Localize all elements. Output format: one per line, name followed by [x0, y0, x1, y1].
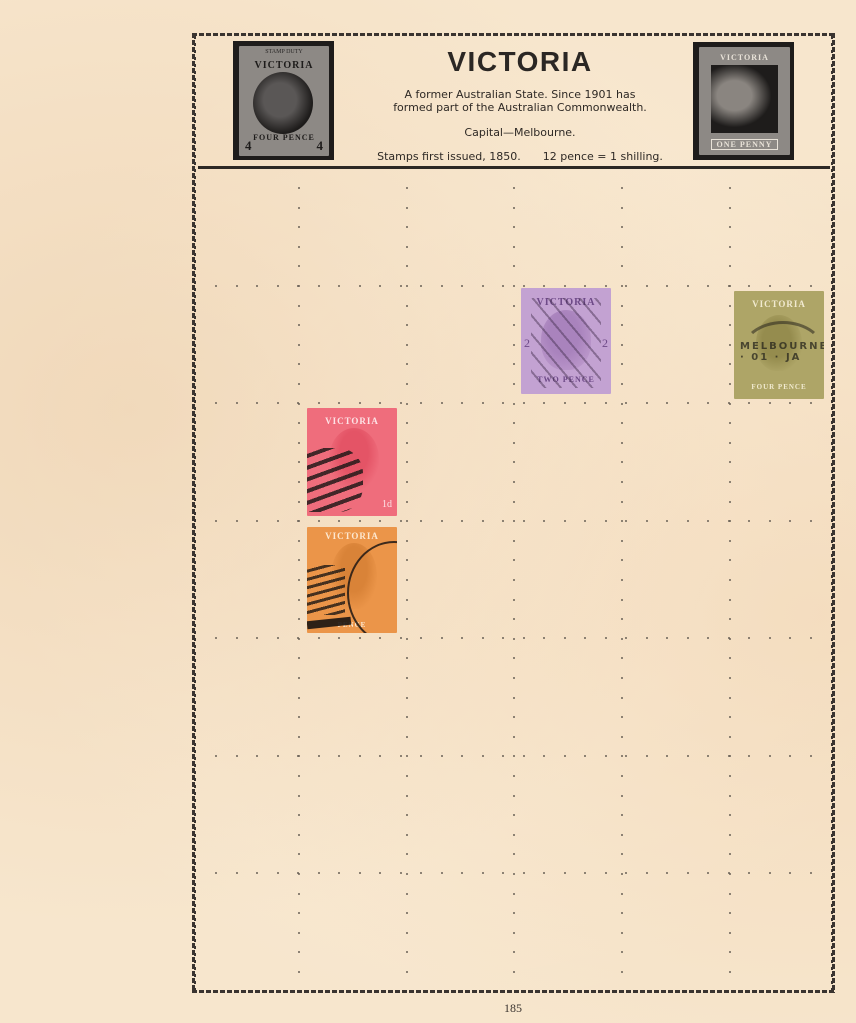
grid-dot — [277, 637, 279, 639]
grid-dot — [729, 481, 731, 483]
grid-dot — [729, 187, 731, 189]
grid-dot — [420, 755, 422, 757]
grid-dot — [215, 520, 217, 522]
corner-value-right: 4 — [317, 138, 324, 154]
illustration-one-penny: VICTORIA ONE PENNY — [699, 47, 790, 155]
grid-dot — [406, 246, 408, 248]
grid-dot — [564, 402, 566, 404]
grid-dot — [298, 775, 300, 777]
grid-dot — [513, 657, 515, 659]
grid-dot — [513, 814, 515, 816]
grid-dot — [621, 951, 623, 953]
grid-dot — [513, 579, 515, 581]
first-issued-text: Stamps first issued, 1850. — [377, 150, 521, 163]
grid-dot — [441, 755, 443, 757]
grid-dot — [810, 872, 812, 874]
grid-dot — [646, 872, 648, 874]
grid-dot — [729, 599, 731, 601]
grid-dot — [461, 872, 463, 874]
grid-dot — [406, 657, 408, 659]
grid-dot — [277, 755, 279, 757]
stamp-value-text: ONE PENNY — [711, 139, 778, 150]
grid-dot — [729, 559, 731, 561]
postmark-text: MELBOURNE · 01 · JA — [740, 341, 824, 363]
grid-dot — [482, 637, 484, 639]
grid-dot — [406, 226, 408, 228]
grid-dot — [441, 402, 443, 404]
header-divider — [198, 166, 830, 169]
grid-dot — [441, 872, 443, 874]
grid-dot — [420, 402, 422, 404]
grid-dot — [513, 951, 515, 953]
grid-dot — [318, 637, 320, 639]
grid-dot — [277, 402, 279, 404]
grid-dot — [543, 755, 545, 757]
grid-dot — [406, 834, 408, 836]
grid-dot — [379, 755, 381, 757]
grid-dot — [298, 363, 300, 365]
stamp-four-pence-olive[interactable]: VICTORIA FOUR PENCE MELBOURNE · 01 · JA — [731, 288, 827, 402]
grid-dot — [729, 912, 731, 914]
grid-dot — [666, 285, 668, 287]
grid-dot — [298, 618, 300, 620]
grid-dot — [406, 736, 408, 738]
grid-dot — [729, 951, 731, 953]
grid-dot — [621, 697, 623, 699]
grid-dot — [236, 285, 238, 287]
grid-dot — [621, 638, 623, 640]
grid-dot — [621, 187, 623, 189]
grid-dot — [728, 755, 730, 757]
grid-dot — [359, 520, 361, 522]
grid-dot — [298, 677, 300, 679]
grid-dot — [728, 285, 730, 287]
issue-info: Stamps first issued, 1850. 12 pence = 1 … — [360, 150, 680, 163]
grid-dot — [605, 872, 607, 874]
grid-dot — [236, 637, 238, 639]
grid-dot — [400, 755, 402, 757]
grid-dot — [513, 226, 515, 228]
grid-dot — [513, 697, 515, 699]
grid-dot — [621, 775, 623, 777]
grid-dot — [789, 402, 791, 404]
grid-dot — [584, 520, 586, 522]
grid-dot — [729, 618, 731, 620]
page-number: 185 — [0, 1001, 856, 1016]
grid-dot — [502, 285, 504, 287]
grid-dot — [513, 246, 515, 248]
stamp-country-text: VICTORIA — [734, 299, 824, 309]
grid-dot — [406, 285, 408, 287]
grid-dot — [318, 285, 320, 287]
grid-dot — [513, 638, 515, 640]
grid-dot — [584, 872, 586, 874]
grid-dot — [406, 618, 408, 620]
grid-dot — [513, 422, 515, 424]
grid-dot — [769, 637, 771, 639]
grid-dot — [406, 520, 408, 522]
grid-dot — [621, 422, 623, 424]
grid-dot — [621, 246, 623, 248]
grid-dot — [379, 520, 381, 522]
grid-dot — [406, 403, 408, 405]
grid-dot — [298, 814, 300, 816]
grid-dot — [729, 461, 731, 463]
grid-dot — [789, 637, 791, 639]
stamp-one-penny-red[interactable]: VICTORIA 1d — [304, 405, 400, 519]
grid-dot — [523, 637, 525, 639]
grid-dot — [513, 873, 515, 875]
grid-dot — [646, 402, 648, 404]
grid-dot — [729, 442, 731, 444]
grid-dot — [621, 520, 623, 522]
grid-dot — [441, 637, 443, 639]
page-header: VICTORIA A former Australian State. Sinc… — [360, 44, 680, 163]
grid-dot — [420, 637, 422, 639]
grid-dot — [502, 402, 504, 404]
grid-dot — [338, 637, 340, 639]
grid-dot — [359, 872, 361, 874]
grid-dot — [298, 481, 300, 483]
grid-dot — [748, 872, 750, 874]
grid-dot — [729, 853, 731, 855]
grid-dot — [236, 872, 238, 874]
grid-dot — [406, 755, 408, 757]
grid-dot — [298, 422, 300, 424]
grid-dot — [810, 285, 812, 287]
grid-dot — [256, 755, 258, 757]
grid-dot — [298, 265, 300, 267]
grid-dot — [748, 285, 750, 287]
grid-dot — [298, 305, 300, 307]
grid-dot — [298, 893, 300, 895]
grid-dot — [543, 520, 545, 522]
grid-dot — [523, 402, 525, 404]
grid-dot — [298, 697, 300, 699]
grid-dot — [318, 755, 320, 757]
grid-dot — [441, 520, 443, 522]
grid-dot — [513, 932, 515, 934]
grid-dot — [461, 285, 463, 287]
grid-dot — [379, 402, 381, 404]
grid-dot — [406, 305, 408, 307]
grid-dot — [236, 402, 238, 404]
grid-dot — [461, 402, 463, 404]
grid-dot — [729, 893, 731, 895]
grid-dot — [810, 520, 812, 522]
grid-dot — [729, 246, 731, 248]
grid-dot — [729, 971, 731, 973]
grid-dot — [584, 402, 586, 404]
grid-dot — [298, 383, 300, 385]
grid-dot — [621, 207, 623, 209]
grid-dot — [621, 226, 623, 228]
grid-dot — [564, 755, 566, 757]
grid-dot — [646, 755, 648, 757]
grid-dot — [513, 501, 515, 503]
grid-dot — [513, 481, 515, 483]
grid-dot — [513, 305, 515, 307]
grid-dot — [406, 540, 408, 542]
grid-dot — [406, 873, 408, 875]
grid-dot — [621, 344, 623, 346]
border-top — [192, 33, 835, 36]
grid-dot — [513, 344, 515, 346]
capital-text: Capital—Melbourne. — [360, 126, 680, 139]
grid-dot — [298, 579, 300, 581]
grid-dot — [236, 520, 238, 522]
grid-dot — [621, 795, 623, 797]
grid-dot — [729, 697, 731, 699]
grid-dot — [810, 637, 812, 639]
grid-dot — [297, 520, 299, 522]
grid-dot — [687, 285, 689, 287]
grid-dot — [406, 344, 408, 346]
grid-dot — [513, 363, 515, 365]
grid-dot — [729, 932, 731, 934]
grid-dot — [621, 814, 623, 816]
stamp-value-text: FOUR PENCE — [239, 133, 329, 142]
grid-dot — [406, 383, 408, 385]
grid-dot — [406, 795, 408, 797]
grid-dot — [298, 226, 300, 228]
grid-dot — [298, 344, 300, 346]
grid-dot — [256, 520, 258, 522]
grid-dot — [729, 775, 731, 777]
grid-dot — [298, 716, 300, 718]
grid-dot — [298, 461, 300, 463]
grid-dot — [729, 736, 731, 738]
stamp-two-pence-mauve[interactable]: VICTORIA 2 2 TWO PENCE — [518, 285, 614, 397]
stamp-country-text: VICTORIA — [239, 60, 329, 71]
grid-dot — [769, 285, 771, 287]
grid-dot — [625, 637, 627, 639]
grid-dot — [513, 716, 515, 718]
grid-dot — [621, 540, 623, 542]
grid-dot — [298, 442, 300, 444]
grid-dot — [625, 520, 627, 522]
grid-dot — [729, 834, 731, 836]
grid-dot — [605, 520, 607, 522]
grid-dot — [789, 285, 791, 287]
grid-dot — [298, 853, 300, 855]
grid-dot — [666, 637, 668, 639]
grid-dot — [338, 402, 340, 404]
grid-dot — [482, 755, 484, 757]
postmark-cancel-icon — [307, 448, 363, 512]
grid-dot — [646, 520, 648, 522]
grid-dot — [621, 501, 623, 503]
postmark-bars-icon — [307, 565, 345, 615]
grid-dot — [400, 872, 402, 874]
grid-dot — [298, 599, 300, 601]
grid-dot — [406, 207, 408, 209]
grid-dot — [420, 285, 422, 287]
grid-dot — [513, 893, 515, 895]
grid-dot — [513, 795, 515, 797]
grid-dot — [513, 971, 515, 973]
grid-dot — [406, 461, 408, 463]
grid-dot — [621, 716, 623, 718]
grid-dot — [359, 755, 361, 757]
grid-dot — [729, 226, 731, 228]
grid-dot — [338, 755, 340, 757]
stamp-country-text: VICTORIA — [307, 531, 397, 541]
grid-dot — [298, 834, 300, 836]
grid-dot — [298, 795, 300, 797]
grid-dot — [513, 285, 515, 287]
illustration-stamp-duty-fourpence: STAMP DUTY VICTORIA FOUR PENCE 4 4 — [239, 46, 329, 156]
grid-dot — [298, 657, 300, 659]
grid-dot — [666, 755, 668, 757]
grid-dot — [564, 872, 566, 874]
grid-dot — [621, 285, 623, 287]
grid-dot — [621, 657, 623, 659]
grid-dot — [400, 637, 402, 639]
grid-dot — [513, 540, 515, 542]
grid-dot — [564, 520, 566, 522]
grid-dot — [298, 559, 300, 561]
grid-dot — [769, 872, 771, 874]
grid-dot — [406, 893, 408, 895]
grid-dot — [769, 520, 771, 522]
grid-dot — [298, 246, 300, 248]
grid-dot — [236, 755, 238, 757]
grid-dot — [461, 637, 463, 639]
grid-dot — [318, 520, 320, 522]
grid-dot — [513, 618, 515, 620]
grid-dot — [406, 697, 408, 699]
corner-value-left: 4 — [245, 138, 252, 154]
grid-dot — [729, 265, 731, 267]
grid-dot — [605, 755, 607, 757]
grid-dot — [621, 912, 623, 914]
description-line-1: A former Australian State. Since 1901 ha… — [360, 88, 680, 101]
grid-dot — [513, 677, 515, 679]
grid-dot — [621, 559, 623, 561]
grid-dot — [728, 637, 730, 639]
grid-dot — [400, 285, 402, 287]
grid-dot — [707, 637, 709, 639]
grid-dot — [789, 755, 791, 757]
grid-dot — [513, 403, 515, 405]
grid-dot — [277, 872, 279, 874]
grid-dot — [215, 637, 217, 639]
grid-dot — [621, 461, 623, 463]
stamp-top-text: STAMP DUTY — [239, 49, 329, 55]
grid-dot — [687, 520, 689, 522]
grid-dot — [359, 285, 361, 287]
grid-dot — [338, 520, 340, 522]
grid-dot — [406, 579, 408, 581]
grid-dot — [406, 363, 408, 365]
grid-dot — [318, 402, 320, 404]
grid-dot — [584, 755, 586, 757]
grid-dot — [406, 599, 408, 601]
grid-dot — [513, 912, 515, 914]
grid-dot — [646, 285, 648, 287]
grid-dot — [513, 775, 515, 777]
grid-dot — [297, 637, 299, 639]
queen-portrait-icon — [711, 65, 778, 133]
grid-dot — [513, 853, 515, 855]
grid-dot — [728, 402, 730, 404]
grid-dot — [297, 402, 299, 404]
grid-dot — [406, 559, 408, 561]
grid-dot — [513, 599, 515, 601]
grid-dot — [666, 872, 668, 874]
grid-dot — [621, 932, 623, 934]
grid-dot — [729, 795, 731, 797]
grid-dot — [707, 520, 709, 522]
grid-dot — [406, 187, 408, 189]
grid-dot — [482, 520, 484, 522]
grid-dot — [729, 657, 731, 659]
grid-dot — [420, 520, 422, 522]
grid-dot — [728, 520, 730, 522]
grid-dot — [707, 872, 709, 874]
grid-dot — [406, 442, 408, 444]
grid-dot — [543, 402, 545, 404]
grid-dot — [359, 402, 361, 404]
grid-dot — [621, 383, 623, 385]
grid-dot — [420, 872, 422, 874]
grid-dot — [379, 285, 381, 287]
grid-dot — [406, 481, 408, 483]
grid-dot — [769, 755, 771, 757]
grid-dot — [621, 618, 623, 620]
grid-dot — [298, 207, 300, 209]
border-bottom — [192, 990, 835, 993]
grid-dot — [513, 461, 515, 463]
grid-dot — [729, 501, 731, 503]
country-title: VICTORIA — [360, 44, 680, 80]
grid-dot — [406, 775, 408, 777]
grid-dot — [298, 971, 300, 973]
grid-dot — [810, 402, 812, 404]
grid-dot — [406, 677, 408, 679]
grid-dot — [666, 520, 668, 522]
grid-dot — [621, 599, 623, 601]
grid-dot — [621, 853, 623, 855]
grid-dot — [379, 637, 381, 639]
grid-dot — [215, 872, 217, 874]
grid-dot — [256, 637, 258, 639]
grid-dot — [621, 442, 623, 444]
grid-dot — [298, 187, 300, 189]
stamp-pence-orange[interactable]: VICTORIA PENCE — [304, 524, 400, 636]
grid-dot — [298, 951, 300, 953]
grid-dot — [298, 736, 300, 738]
grid-dot — [625, 872, 627, 874]
grid-dot — [379, 872, 381, 874]
grid-dot — [729, 207, 731, 209]
grid-dot — [338, 872, 340, 874]
page-border — [192, 33, 835, 993]
corner-value-right: 2 — [602, 336, 608, 351]
grid-dot — [298, 501, 300, 503]
grid-dot — [297, 755, 299, 757]
grid-dot — [406, 853, 408, 855]
grid-dot — [728, 872, 730, 874]
grid-dot — [400, 402, 402, 404]
grid-dot — [513, 520, 515, 522]
grid-dot — [406, 501, 408, 503]
grid-dot — [687, 755, 689, 757]
grid-dot — [502, 637, 504, 639]
grid-dot — [318, 872, 320, 874]
description-line-2: formed part of the Australian Commonweal… — [360, 101, 680, 114]
